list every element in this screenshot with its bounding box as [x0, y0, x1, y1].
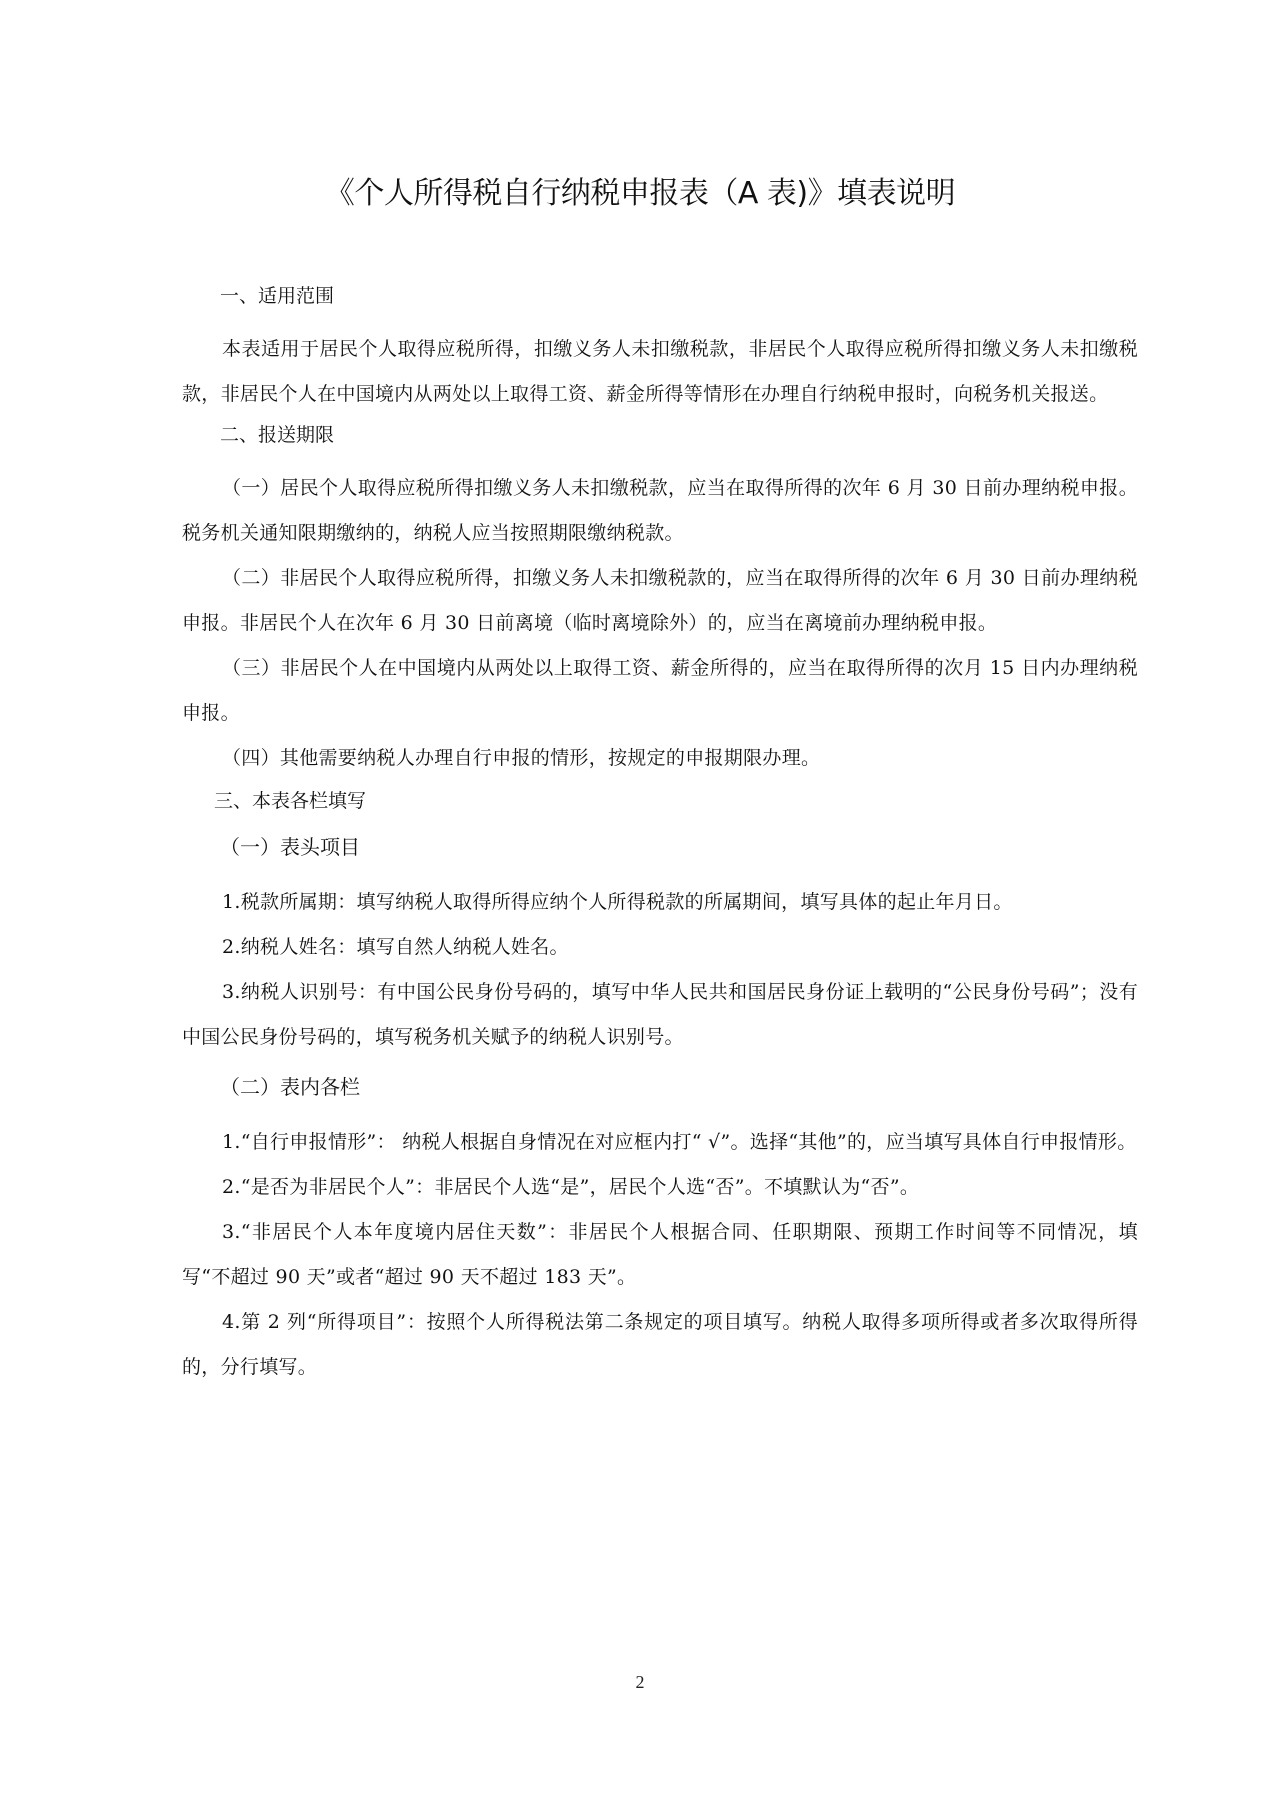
paragraph: 2.“是否为非居民个人”：非居民个人选“是”，居民个人选“否”。不填默认为“否”… [182, 1165, 1138, 1210]
section-heading-fields: 三、本表各栏填写 [182, 787, 1138, 815]
section-heading-deadline: 二、报送期限 [182, 421, 1138, 449]
paragraph: （三）非居民个人在中国境内从两处以上取得工资、薪金所得的，应当在取得所得的次月 … [182, 646, 1138, 736]
paragraph: 本表适用于居民个人取得应税所得，扣缴义务人未扣缴税款，非居民个人取得应税所得扣缴… [182, 327, 1138, 417]
paragraph: 3.“非居民个人本年度境内居住天数”：非居民个人根据合同、任职期限、预期工作时间… [182, 1210, 1138, 1300]
paragraph: 3.纳税人识别号：有中国公民身份号码的，填写中华人民共和国居民身份证上载明的“公… [182, 970, 1138, 1060]
paragraph: 1.“自行申报情形”： 纳税人根据自身情况在对应框内打“ √”。选择“其他”的，… [182, 1120, 1138, 1165]
paragraph: （二）非居民个人取得应税所得，扣缴义务人未扣缴税款的，应当在取得所得的次年 6 … [182, 556, 1138, 646]
subsection-heading-header-items: （一）表头项目 [182, 832, 1138, 862]
paragraph: 4.第 2 列“所得项目”：按照个人所得税法第二条规定的项目填写。纳税人取得多项… [182, 1300, 1138, 1390]
subsection-heading-table-columns: （二）表内各栏 [182, 1072, 1138, 1102]
paragraph: 1.税款所属期：填写纳税人取得所得应纳个人所得税款的所属期间，填写具体的起止年月… [182, 880, 1138, 925]
page-number: 2 [0, 1672, 1280, 1693]
document-title: 《个人所得税自行纳税申报表（A 表)》填表说明 [0, 168, 1280, 212]
paragraph: （一）居民个人取得应税所得扣缴义务人未扣缴税款，应当在取得所得的次年 6 月 3… [182, 466, 1138, 556]
section-heading-scope: 一、适用范围 [182, 282, 1138, 310]
paragraph: （四）其他需要纳税人办理自行申报的情形，按规定的申报期限办理。 [182, 736, 1138, 781]
document-body: 一、适用范围 本表适用于居民个人取得应税所得，扣缴义务人未扣缴税款，非居民个人取… [182, 282, 1138, 1390]
paragraph: 2.纳税人姓名：填写自然人纳税人姓名。 [182, 925, 1138, 970]
document-page: 《个人所得税自行纳税申报表（A 表)》填表说明 一、适用范围 本表适用于居民个人… [0, 0, 1280, 1810]
